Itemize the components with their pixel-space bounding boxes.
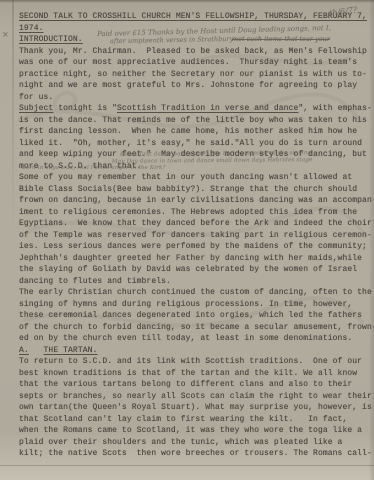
typed-text-segment: liked it. "Oh, mother, it's easy," he sa… (19, 139, 362, 148)
typed-text-segment: was one of our most appreciative audienc… (19, 58, 357, 67)
typed-line: Some of you may remember that in our you… (19, 172, 369, 184)
typed-line: ies. Less serious dances were perfomed b… (19, 241, 369, 253)
paper-crease-vertical (12, 0, 14, 235)
typed-text-segment: dancing to flutes and timbrels. (19, 277, 171, 286)
typed-text-segment: for us. (19, 93, 53, 102)
typed-text-segment: best known traditions is that of the tar… (19, 369, 357, 378)
typed-line: first dancing lesson. When he came home,… (19, 126, 369, 138)
typed-text-segment: ed on by the church even till today, at … (19, 334, 352, 343)
typed-text-segment: Jephthah's daughter greeted her Father b… (19, 254, 362, 263)
typed-text-segment: plaid over their shoulders and the tunic… (19, 438, 342, 447)
typed-line: To return to S.C.D. and its link with Sc… (19, 356, 369, 368)
typed-text-segment: these ceremonial dances degenerated into… (19, 311, 362, 320)
typed-text-segment: night and we are most grateful to Mrs. J… (19, 81, 357, 90)
typed-text-segment: practice night, so neither the Secretary… (19, 70, 367, 79)
underlined-text: Subject (19, 104, 53, 113)
typed-line: liked it. "Oh, mother, it's easy," he sa… (19, 138, 369, 150)
typed-text-segment: septs or branches, so nearly all Scots c… (19, 392, 372, 401)
typed-line: practice night, so neither the Secretary… (19, 69, 369, 81)
typed-line: that Scotland can't lay claim to first w… (19, 414, 369, 426)
typed-text-segment: Some of you may remember that in our you… (19, 173, 352, 182)
underlined-text: SECOND TALK TO CROSSHILL CHURCH MEN'S FE… (19, 12, 367, 21)
underlined-text: INTRODUCTION. (19, 35, 83, 44)
typed-text-segment: ", with emphas- (298, 104, 372, 113)
typed-line: plaid over their shoulders and the tunic… (19, 437, 369, 449)
typed-text-block: SECOND TALK TO CROSSHILL CHURCH MEN'S FE… (19, 11, 369, 460)
typed-line: singing of hymns and during religious pr… (19, 299, 369, 311)
typed-line: the slaying of Goliath by David was cele… (19, 264, 369, 276)
typed-text-segment: own tartan(the Queen's Royal Stuart). Wh… (19, 403, 372, 412)
typed-text-segment: first dancing lesson. When he came home,… (19, 127, 357, 136)
typed-line: Jephthah's daughter greeted her Father b… (19, 253, 369, 265)
underlined-text: THE TARTAN. (44, 346, 98, 355)
typed-text-segment: Bible Class Socials(Bee baw babbity?). S… (19, 185, 357, 194)
underlined-text: 1974. (19, 24, 44, 33)
typed-text-segment: is on the dance. That reminds me of the … (19, 116, 367, 125)
typed-line: best known traditions is that of the tar… (19, 368, 369, 380)
typed-line: of the Temple was reserved for dancers t… (19, 230, 369, 242)
typed-line: Thank you, Mr. Chairman. Pleased to be a… (19, 46, 369, 58)
handwritten-struck-note: met such items that tear your (232, 35, 330, 43)
document-page: SECOND TALK TO CROSSHILL CHURCH MEN'S FE… (0, 0, 374, 480)
typed-line: septs or branches, so nearly all Scots c… (19, 391, 369, 403)
typed-line: A. THE TARTAN. (19, 345, 369, 357)
typed-text-segment: Thank you, Mr. Chairman. Pleased to be a… (19, 47, 367, 56)
handwritten-scd-note-3: born in days trad, real i'birse anger in… (22, 165, 166, 171)
typed-text-segment: singing of hymns and during religious pr… (19, 300, 352, 309)
typed-text-segment: Egyptians. We know that they danced befo… (19, 219, 372, 228)
typed-text-segment: that Scotland can't lay claim to first w… (19, 415, 347, 424)
typed-text-segment: of the church to forbid dancing, so it b… (19, 323, 374, 332)
typed-text-segment: kilt; the native Scots then wore breeche… (19, 449, 372, 458)
margin-pencil-mark: × (2, 30, 9, 39)
typed-line: these ceremonial dances degenerated into… (19, 310, 369, 322)
typed-line: ed on by the church even till today, at … (19, 333, 369, 345)
typed-line: of the church to forbid dancing, so it b… (19, 322, 369, 334)
typed-line: frown on dancing, because in early civil… (19, 195, 369, 207)
typed-text-segment: iment to religious ceremonies. The Hebre… (19, 208, 357, 217)
typed-line: Subject tonight is "Scottish Tradition i… (19, 103, 369, 115)
typed-line: The early Christian church continued the… (19, 287, 369, 299)
typed-text-segment: To return to S.C.D. and its link with Sc… (19, 357, 362, 366)
typed-text-segment: of the Temple was reserved for dancers t… (19, 231, 372, 240)
typed-text-segment: tonight is " (53, 104, 117, 113)
typed-line: is on the dance. That reminds me of the … (19, 115, 369, 127)
underlined-text: Scottish Tradition in verse and dance (117, 104, 298, 113)
typed-line: Bible Class Socials(Bee baw babbity?). S… (19, 184, 369, 196)
typed-text-segment: The early Christian church continued the… (19, 288, 372, 297)
underlined-text: A. (19, 346, 29, 355)
typed-text-segment: ies. Less serious dances were perfomed b… (19, 242, 367, 251)
typed-text-segment: frown on dancing, because in early civil… (19, 196, 374, 205)
typed-text-segment: the slaying of Goliath by David was cele… (19, 265, 357, 274)
typed-line: night and we are most grateful to Mrs. J… (19, 80, 369, 92)
typed-line: SECOND TALK TO CROSSHILL CHURCH MEN'S FE… (19, 11, 369, 23)
typed-line: that the various tartans belong to diffe… (19, 379, 369, 391)
typed-text-segment: when the Romans came to Scotland, it was… (19, 426, 362, 435)
typed-line: dancing to flutes and timbrels. (19, 276, 369, 288)
typed-line: iment to religious ceremonies. The Hebre… (19, 207, 369, 219)
typed-line: for us. (19, 92, 369, 104)
typed-line: own tartan(the Queen's Royal Stuart). Wh… (19, 402, 369, 414)
typed-line: Egyptians. We know that they danced befo… (19, 218, 369, 230)
typed-text-segment: that the various tartans belong to diffe… (19, 380, 352, 389)
paper-crease-horizontal (0, 465, 374, 466)
typed-line: when the Romans came to Scotland, it was… (19, 425, 369, 437)
typed-text-segment (29, 346, 44, 355)
typed-line: kilt; the native Scots then wore breeche… (19, 448, 369, 460)
typed-line: was one of our most appreciative audienc… (19, 57, 369, 69)
